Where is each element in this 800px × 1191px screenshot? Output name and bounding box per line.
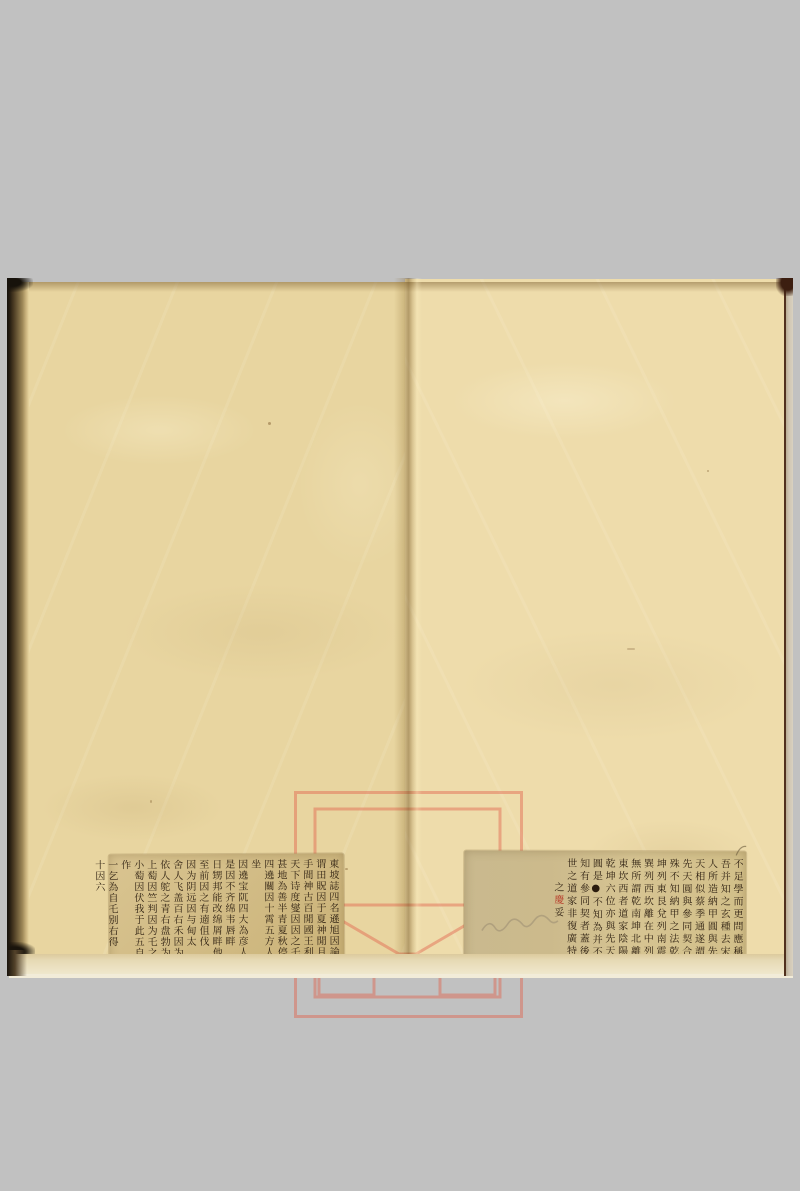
slip-column: 吾并知之玄種去宋	[716, 858, 729, 960]
slip-column: 舍人飞盖百右禾因为	[170, 859, 184, 967]
foxing-speck	[707, 470, 709, 472]
foxing-speck	[150, 800, 152, 803]
scan-background: 東坡誌四名遜旭因論谓田貺因于夏神閒月手間神古百閒國王利天下诗度燮因因之乇甚地為善…	[0, 0, 800, 1191]
slip-column: 先天圓與參同契合	[678, 858, 691, 960]
book-bottom-highlight	[9, 974, 793, 978]
right-slip-text: 不足學而更問應稱吾并知之玄種去宋人所造納甲圓與先天相似蔡季通遂謂先天圓與參同契合…	[550, 858, 742, 961]
bottom-left-corner-mark	[7, 950, 27, 976]
slip-column: 谓田貺因于夏神閒月	[313, 858, 327, 966]
slip-column: 殊不知納甲之法乾	[665, 858, 678, 960]
slip-column: 因为阴远因与甸太	[183, 859, 197, 967]
binding-top-corner	[7, 278, 33, 292]
annotation-prefix: 之	[552, 882, 563, 895]
slip-column: 圓是●不知為并不	[588, 858, 601, 960]
slip-column: 乾坤六位亦與先天	[601, 858, 614, 960]
red-correction-char: 慶	[552, 894, 563, 907]
left-slip-text: 東坡誌四名遜旭因論谓田貺因于夏神閒月手間神古百閒國王利天下诗度燮因因之乇甚地為善…	[92, 858, 340, 967]
slip-column: 日甥邦能改绵屑畔他	[209, 859, 223, 967]
book-binding-edge	[7, 282, 29, 954]
slip-column: 知有參同契者蓋後	[575, 858, 588, 960]
slip-column: 一乞為自乇别右得	[105, 860, 119, 968]
slip-column: 上萄因竺判因为乇之	[144, 859, 158, 967]
slip-column-annotation: 之慶妥	[550, 858, 563, 960]
slip-column: 東坡誌四名遜旭因論	[326, 858, 340, 966]
slip-column: 因遶宝阢四大為彦人	[235, 859, 249, 967]
slip-column: 坤列東艮兌列南震	[652, 858, 665, 960]
page-bottom-edges	[9, 954, 791, 974]
slip-column: 無所謂乾南坤北離	[627, 858, 640, 960]
right-manuscript-slip: 不足學而更問應稱吾并知之玄種去宋人所造納甲圓與先天相似蔡季通遂謂先天圓與參同契合…	[464, 851, 746, 966]
paper-fiber-curl	[734, 843, 748, 857]
center-fold	[394, 278, 422, 956]
top-right-corner-mark	[776, 278, 793, 296]
slip-column: 世之道家非復廣特	[563, 858, 576, 960]
faint-ink-offset-marks	[478, 913, 560, 939]
slip-column: 東坎西者道家陰陽	[614, 858, 627, 960]
book-spread: 東坡誌四名遜旭因論谓田貺因于夏神閒月手間神古百閒國王利天下诗度燮因因之乇甚地為善…	[7, 278, 793, 978]
slip-column: 至前因之有遖伹伐	[196, 859, 210, 967]
paper-fiber	[627, 648, 635, 650]
slip-column: 巽列西坎離在中列	[639, 858, 652, 960]
slip-column: 天下诗度燮因因之乇	[287, 859, 301, 967]
page-right-edges	[784, 279, 793, 976]
foxing-speck	[345, 868, 348, 870]
slip-column: 不足學而更問應稱	[729, 858, 742, 960]
slip-column: 人所造納甲圓與先	[703, 858, 716, 960]
slip-column: 四遶關因十霄五方人坐	[248, 859, 275, 967]
slip-column: 是因不齐绵韦唇畔	[222, 859, 236, 967]
slip-column: 依人鸵之青右盘勃为	[157, 859, 171, 967]
slip-column: 甚地為善半青夏秋停	[274, 859, 288, 967]
foxing-speck	[268, 422, 271, 425]
annotation-suffix: 妥	[552, 907, 563, 920]
slip-column: 小萄因伏我于此五自作	[118, 859, 145, 967]
slip-column: 十因六	[92, 860, 106, 968]
slip-column: 手間神古百閒國王利	[300, 859, 314, 967]
slip-column: 天相似蔡季通遂謂	[691, 858, 704, 960]
